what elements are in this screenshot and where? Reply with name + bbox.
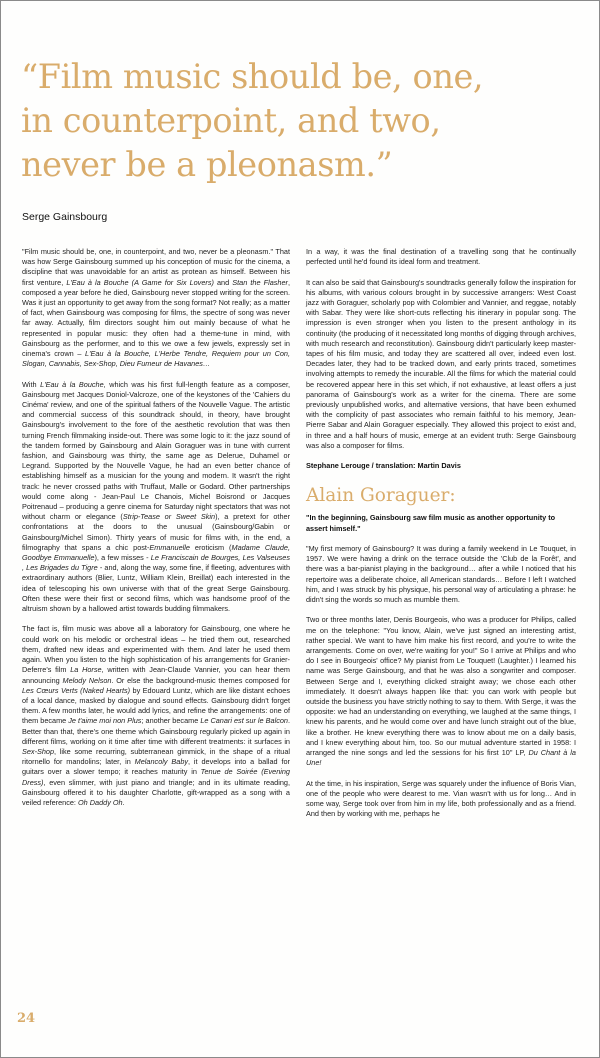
title-italic: Le Canari est sur le Balcon bbox=[200, 716, 288, 725]
text-run: , even slimmer, with just piano and tria… bbox=[22, 778, 290, 807]
text-run: eroticism ( bbox=[190, 543, 232, 552]
pull-quote: “Film music should be, one, in counterpo… bbox=[21, 55, 581, 187]
text-run: It can also be said that Gainsbourg's so… bbox=[306, 278, 576, 450]
title-italic: Sex-Shop bbox=[22, 747, 54, 756]
title-italic: Stan the Flasher bbox=[232, 278, 288, 287]
text-run: . bbox=[123, 798, 125, 807]
interview-paragraph: At the time, in his inspiration, Serge w… bbox=[306, 779, 576, 820]
text-run: ; another became bbox=[141, 716, 200, 725]
pull-quote-line: never be a pleonasm.” bbox=[21, 143, 581, 187]
body-paragraph: It can also be said that Gainsbourg's so… bbox=[306, 278, 576, 451]
pull-quote-line: in counterpoint, and two, bbox=[21, 99, 581, 143]
title-italic: Oh Daddy Oh bbox=[78, 798, 123, 807]
magazine-page: “Film music should be, one, in counterpo… bbox=[0, 0, 600, 1058]
title-italic: Melody Nelson bbox=[62, 676, 111, 685]
left-column: "Film music should be, one, in counterpo… bbox=[22, 247, 290, 818]
title-italic: L'Eau à la Bouche (A Game for Six Lovers… bbox=[66, 278, 214, 287]
pull-quote-line: “Film music should be, one, bbox=[21, 55, 581, 99]
text-run: , which was his first full-length featur… bbox=[22, 380, 290, 522]
title-italic: Les Cœurs Verts (Naked Hearts) bbox=[22, 686, 130, 695]
text-run: and bbox=[214, 278, 232, 287]
text-run: ), a few misses - bbox=[94, 553, 150, 562]
body-paragraph: The fact is, film music was above all a … bbox=[22, 624, 290, 808]
title-italic: Emmanuelle bbox=[149, 543, 190, 552]
text-run: "My first memory of Gainsbourg? It was d… bbox=[306, 544, 576, 604]
body-paragraph: "Film music should be, one, in counterpo… bbox=[22, 247, 290, 369]
interview-lede: "In the beginning, Gainsbourg saw film m… bbox=[306, 513, 576, 533]
text-run: With bbox=[22, 380, 40, 389]
quote-attribution: Serge Gainsbourg bbox=[22, 211, 107, 223]
text-run: In a way, it was the final destination o… bbox=[306, 247, 576, 266]
title-italic: Je t'aime moi non Plus bbox=[68, 716, 141, 725]
text-run: At the time, in his inspiration, Serge w… bbox=[306, 779, 576, 819]
page-number: 24 bbox=[17, 1011, 35, 1026]
author-credit: Stephane Lerouge / translation: Martin D… bbox=[306, 461, 576, 471]
text-run: Two or three months later, Denis Bourgeo… bbox=[306, 615, 576, 757]
right-column: In a way, it was the final destination o… bbox=[306, 247, 576, 830]
interview-paragraph: Two or three months later, Denis Bourgeo… bbox=[306, 615, 576, 768]
text-run: . Or else the background-music themes co… bbox=[111, 676, 290, 685]
body-paragraph: In a way, it was the final destination o… bbox=[306, 247, 576, 267]
interview-paragraph: "My first memory of Gainsbourg? It was d… bbox=[306, 544, 576, 605]
title-italic: L'Eau à la Bouche bbox=[40, 380, 104, 389]
interview-heading: Alain Goraguer: bbox=[306, 485, 576, 507]
title-italic: La Horse bbox=[70, 665, 101, 674]
text-run: , composed a year before he died, Gainsb… bbox=[22, 278, 290, 358]
body-paragraph: With L'Eau à la Bouche, which was his fi… bbox=[22, 380, 290, 615]
title-italic: Melancoly Baby bbox=[135, 757, 188, 766]
title-italic: Strip-Tease or Sweet Skin bbox=[123, 512, 215, 521]
